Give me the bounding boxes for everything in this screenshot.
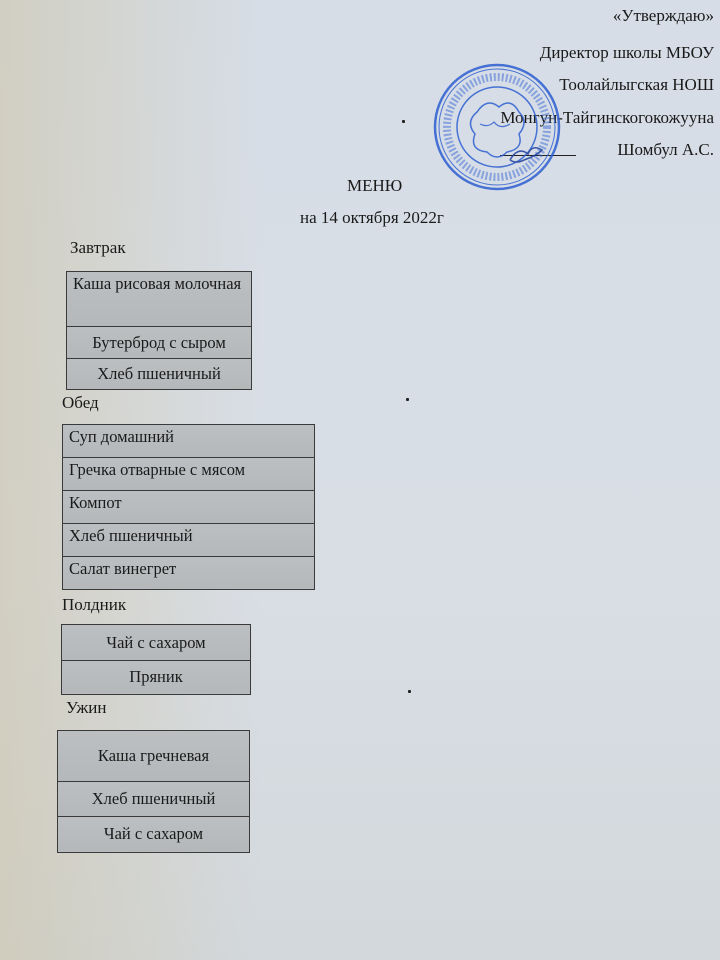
section-label-snack: Полдник: [62, 595, 126, 615]
menu-item: Хлеб пшеничный: [67, 358, 251, 389]
approval-signatory: Шомбул А.С.: [617, 140, 714, 160]
menu-item: Хлеб пшеничный: [58, 781, 249, 816]
menu-date: на 14 октября 2022г: [300, 208, 444, 228]
menu-item: Каша рисовая молочная: [67, 272, 251, 326]
ink-dot: [402, 120, 405, 123]
approval-school: Тоолайлыгская НОШ: [559, 75, 714, 95]
approval-position: Директор школы МБОУ: [540, 43, 714, 63]
approval-district: Монгун-Тайгинскогокожууна: [500, 108, 714, 128]
menu-item: Каша гречневая: [58, 731, 249, 781]
signature-line: [500, 155, 576, 156]
menu-item: Суп домашний: [63, 425, 314, 457]
approval-heading: «Утверждаю»: [613, 6, 714, 26]
menu-item: Бутерброд с сыром: [67, 326, 251, 358]
menu-title: МЕНЮ: [347, 176, 402, 196]
ink-dot: [406, 398, 409, 401]
lunch-table: Суп домашний Гречка отварные с мясом Ком…: [62, 424, 315, 590]
menu-item: Салат винегрет: [63, 556, 314, 588]
snack-table: Чай с сахаром Пряник: [61, 624, 251, 695]
dinner-table: Каша гречневая Хлеб пшеничный Чай с саха…: [57, 730, 250, 853]
breakfast-table: Каша рисовая молочная Бутерброд с сыром …: [66, 271, 252, 390]
section-label-lunch: Обед: [62, 393, 99, 413]
section-label-dinner: Ужин: [66, 698, 106, 718]
menu-item: Чай с сахаром: [58, 816, 249, 851]
menu-item: Хлеб пшеничный: [63, 523, 314, 556]
menu-item: Пряник: [62, 660, 250, 693]
section-label-breakfast: Завтрак: [70, 238, 126, 258]
menu-item: Компот: [63, 490, 314, 523]
ink-dot: [408, 690, 411, 693]
menu-item: Чай с сахаром: [62, 625, 250, 660]
menu-item: Гречка отварные с мясом: [63, 457, 314, 490]
